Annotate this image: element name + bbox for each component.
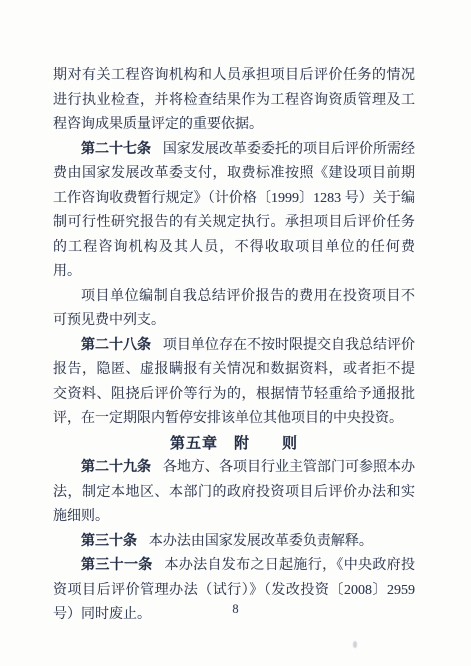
scan-artifact <box>353 641 357 648</box>
paragraph-text: 本办法由国家发展改革委负责解释。 <box>149 534 373 549</box>
article-29-paragraph: 第二十九条各地方、各项目行业主管部门可参照本办法，制定本地区、本部门的政府投资项… <box>53 456 415 530</box>
document-page: 期对有关工程咨询机构和人员承担项目后评价任务的情况进行执业检查，并将检查结果作为… <box>0 0 471 666</box>
article-28-paragraph: 第二十八条项目单位存在不按时限提交自我总结评价报告，隐匿、虚报瞒报有关情况和数据… <box>53 334 415 432</box>
funding-paragraph: 项目单位编制自我总结评价报告的费用在投资项目不可预见费中列支。 <box>53 285 415 334</box>
paragraph-continuation: 期对有关工程咨询机构和人员承担项目后评价任务的情况进行执业检查，并将检查结果作为… <box>53 64 415 138</box>
chapter-heading: 第五章 附 则 <box>53 432 415 457</box>
paragraph-text: 期对有关工程咨询机构和人员承担项目后评价任务的情况进行执业检查，并将检查结果作为… <box>53 68 415 132</box>
article-number: 第二十九条 <box>81 460 151 475</box>
article-number: 第三十条 <box>81 534 137 549</box>
paragraph-text: 项目单位编制自我总结评价报告的费用在投资项目不可预见费中列支。 <box>53 289 415 329</box>
page-number: 8 <box>0 602 471 617</box>
paragraph-text: 国家发展改革委委托的项目后评价所需经费由国家发展改革委支付，取费标准按照《建设项… <box>53 142 415 280</box>
article-30-paragraph: 第三十条本办法由国家发展改革委负责解释。 <box>53 530 415 555</box>
article-number: 第三十一条 <box>81 558 153 573</box>
text-block: 期对有关工程咨询机构和人员承担项目后评价任务的情况进行执业检查，并将检查结果作为… <box>53 64 415 628</box>
article-number: 第二十七条 <box>81 142 151 157</box>
article-27-paragraph: 第二十七条国家发展改革委委托的项目后评价所需经费由国家发展改革委支付，取费标准按… <box>53 138 415 285</box>
article-number: 第二十八条 <box>81 338 151 353</box>
